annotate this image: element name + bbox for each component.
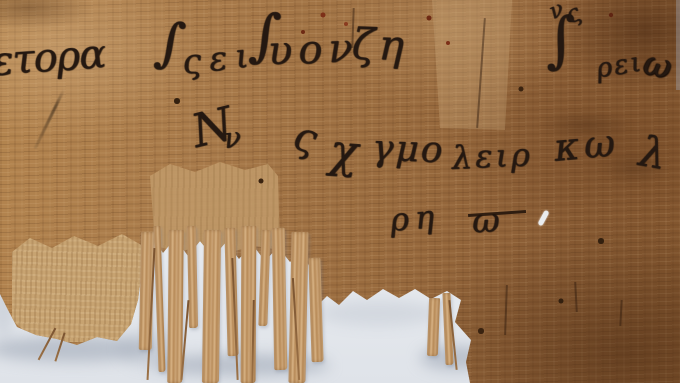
fiber-strand <box>272 228 287 370</box>
ink-line2-segment: ν <box>223 123 243 153</box>
papyrus-sheet: ετορα ∫ ςει ∫ υον ζη ∫ ν ρει ς ω Ν ν ς χ… <box>0 0 680 383</box>
ink-line3-segment: ρη <box>389 200 442 236</box>
ink-line3-segment: ω <box>471 203 500 238</box>
papyrus-photo: ετορα ∫ ςει ∫ υον ζη ∫ ν ρει ς ω Ν ν ς χ… <box>0 0 680 383</box>
ink-line2-segment: λειρ <box>451 139 533 174</box>
surface-crack <box>574 282 578 312</box>
ink-line1-segment: υον <box>267 28 359 71</box>
ink-line2-segment: ς <box>289 116 320 160</box>
ink-line2-segment: γμο <box>371 131 445 170</box>
ink-line1-segment: ζη <box>351 23 408 67</box>
white-fiber-fleck <box>538 210 550 226</box>
backdrop-edge-sliver <box>676 0 680 90</box>
backdrop-shadow <box>318 300 438 326</box>
fiber-strand <box>258 230 270 326</box>
ink-line1-segment: ςει <box>180 38 258 80</box>
surface-crack <box>619 300 622 326</box>
ink-line1-segment: ρει <box>594 48 645 83</box>
surface-crack <box>504 285 508 335</box>
ink-edge-blob: ω <box>641 45 675 84</box>
fiber-strand <box>427 298 440 356</box>
faint-diagonal-stroke <box>34 89 66 150</box>
fiber-strand <box>202 230 221 383</box>
ink-line2-segment: χ <box>328 127 359 175</box>
ink-line2-segment: κω <box>552 123 621 167</box>
ink-line1-segment: ετορα <box>0 34 106 82</box>
dark-pits <box>0 0 2 2</box>
